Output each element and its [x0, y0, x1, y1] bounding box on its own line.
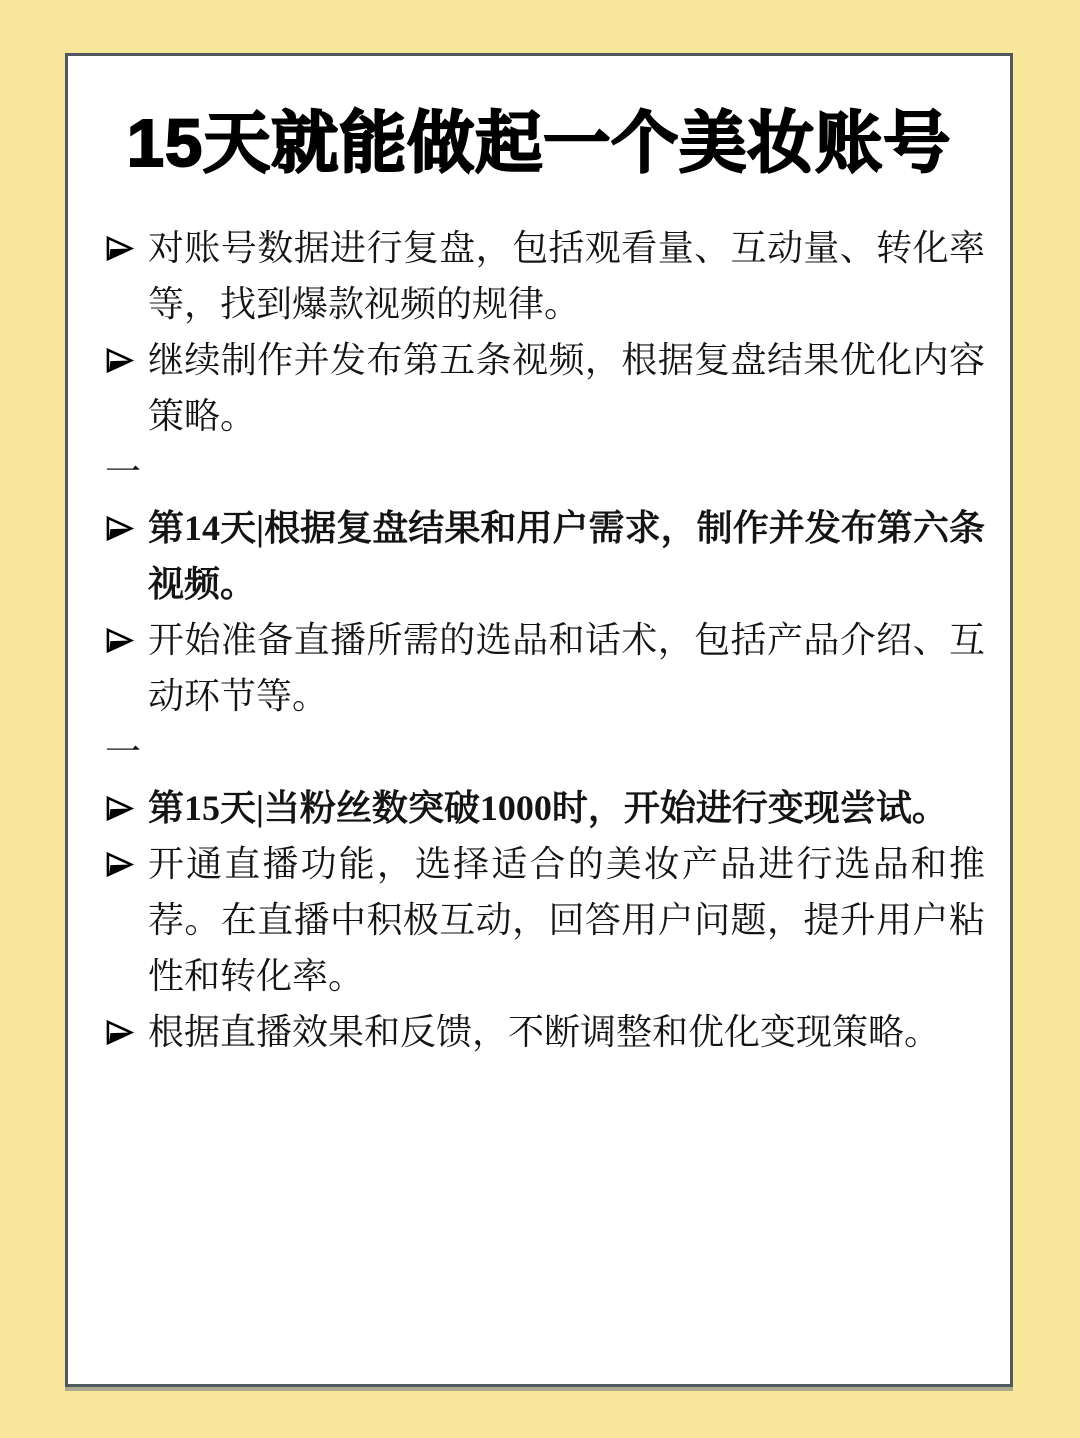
list-item: 第15天|当粉丝数突破1000时，开始进行变现尝试。	[105, 780, 985, 836]
list-item-text: 开通直播功能，选择适合的美妆产品进行选品和推荐。在直播中积极互动，回答用户问题，…	[148, 844, 985, 996]
list-item-text: 继续制作并发布第五条视频，根据复盘结果优化内容策略。	[148, 340, 985, 436]
list-item-text: 第14天|根据复盘结果和用户需求，制作并发布第六条视频。	[148, 508, 985, 604]
arrow-bullet-icon	[105, 233, 136, 264]
page-title: 15天就能做起一个美妆账号	[76, 98, 1002, 190]
list-item-text: 开始准备直播所需的选品和话术，包括产品介绍、互动环节等。	[148, 620, 985, 716]
list-item: 开始准备直播所需的选品和话术，包括产品介绍、互动环节等。	[105, 612, 985, 724]
separator-dash: 一	[105, 732, 141, 772]
list-item-text: 对账号数据进行复盘，包括观看量、互动量、转化率等，找到爆款视频的规律。	[148, 228, 985, 324]
arrow-bullet-icon	[105, 625, 136, 656]
separator-dash: 一	[105, 452, 141, 492]
list-item: 根据直播效果和反馈，不断调整和优化变现策略。	[105, 1004, 985, 1060]
bullet-list: 对账号数据进行复盘，包括观看量、互动量、转化率等，找到爆款视频的规律。 继续制作…	[68, 220, 1010, 1060]
list-item: 对账号数据进行复盘，包括观看量、互动量、转化率等，找到爆款视频的规律。	[105, 220, 985, 332]
separator-line: 一	[105, 724, 985, 780]
arrow-bullet-icon	[105, 793, 136, 824]
list-item-text: 第15天|当粉丝数突破1000时，开始进行变现尝试。	[148, 788, 948, 828]
separator-line: 一	[105, 444, 985, 500]
page-background: 15天就能做起一个美妆账号 对账号数据进行复盘，包括观看量、互动量、转化率等，找…	[0, 0, 1080, 1438]
arrow-bullet-icon	[105, 849, 136, 880]
list-item: 第14天|根据复盘结果和用户需求，制作并发布第六条视频。	[105, 500, 985, 612]
arrow-bullet-icon	[105, 1017, 136, 1048]
content-card: 15天就能做起一个美妆账号 对账号数据进行复盘，包括观看量、互动量、转化率等，找…	[65, 53, 1013, 1387]
arrow-bullet-icon	[105, 345, 136, 376]
list-item: 开通直播功能，选择适合的美妆产品进行选品和推荐。在直播中积极互动，回答用户问题，…	[105, 836, 985, 1004]
arrow-bullet-icon	[105, 513, 136, 544]
list-item-text: 根据直播效果和反馈，不断调整和优化变现策略。	[148, 1012, 940, 1052]
list-item: 继续制作并发布第五条视频，根据复盘结果优化内容策略。	[105, 332, 985, 444]
